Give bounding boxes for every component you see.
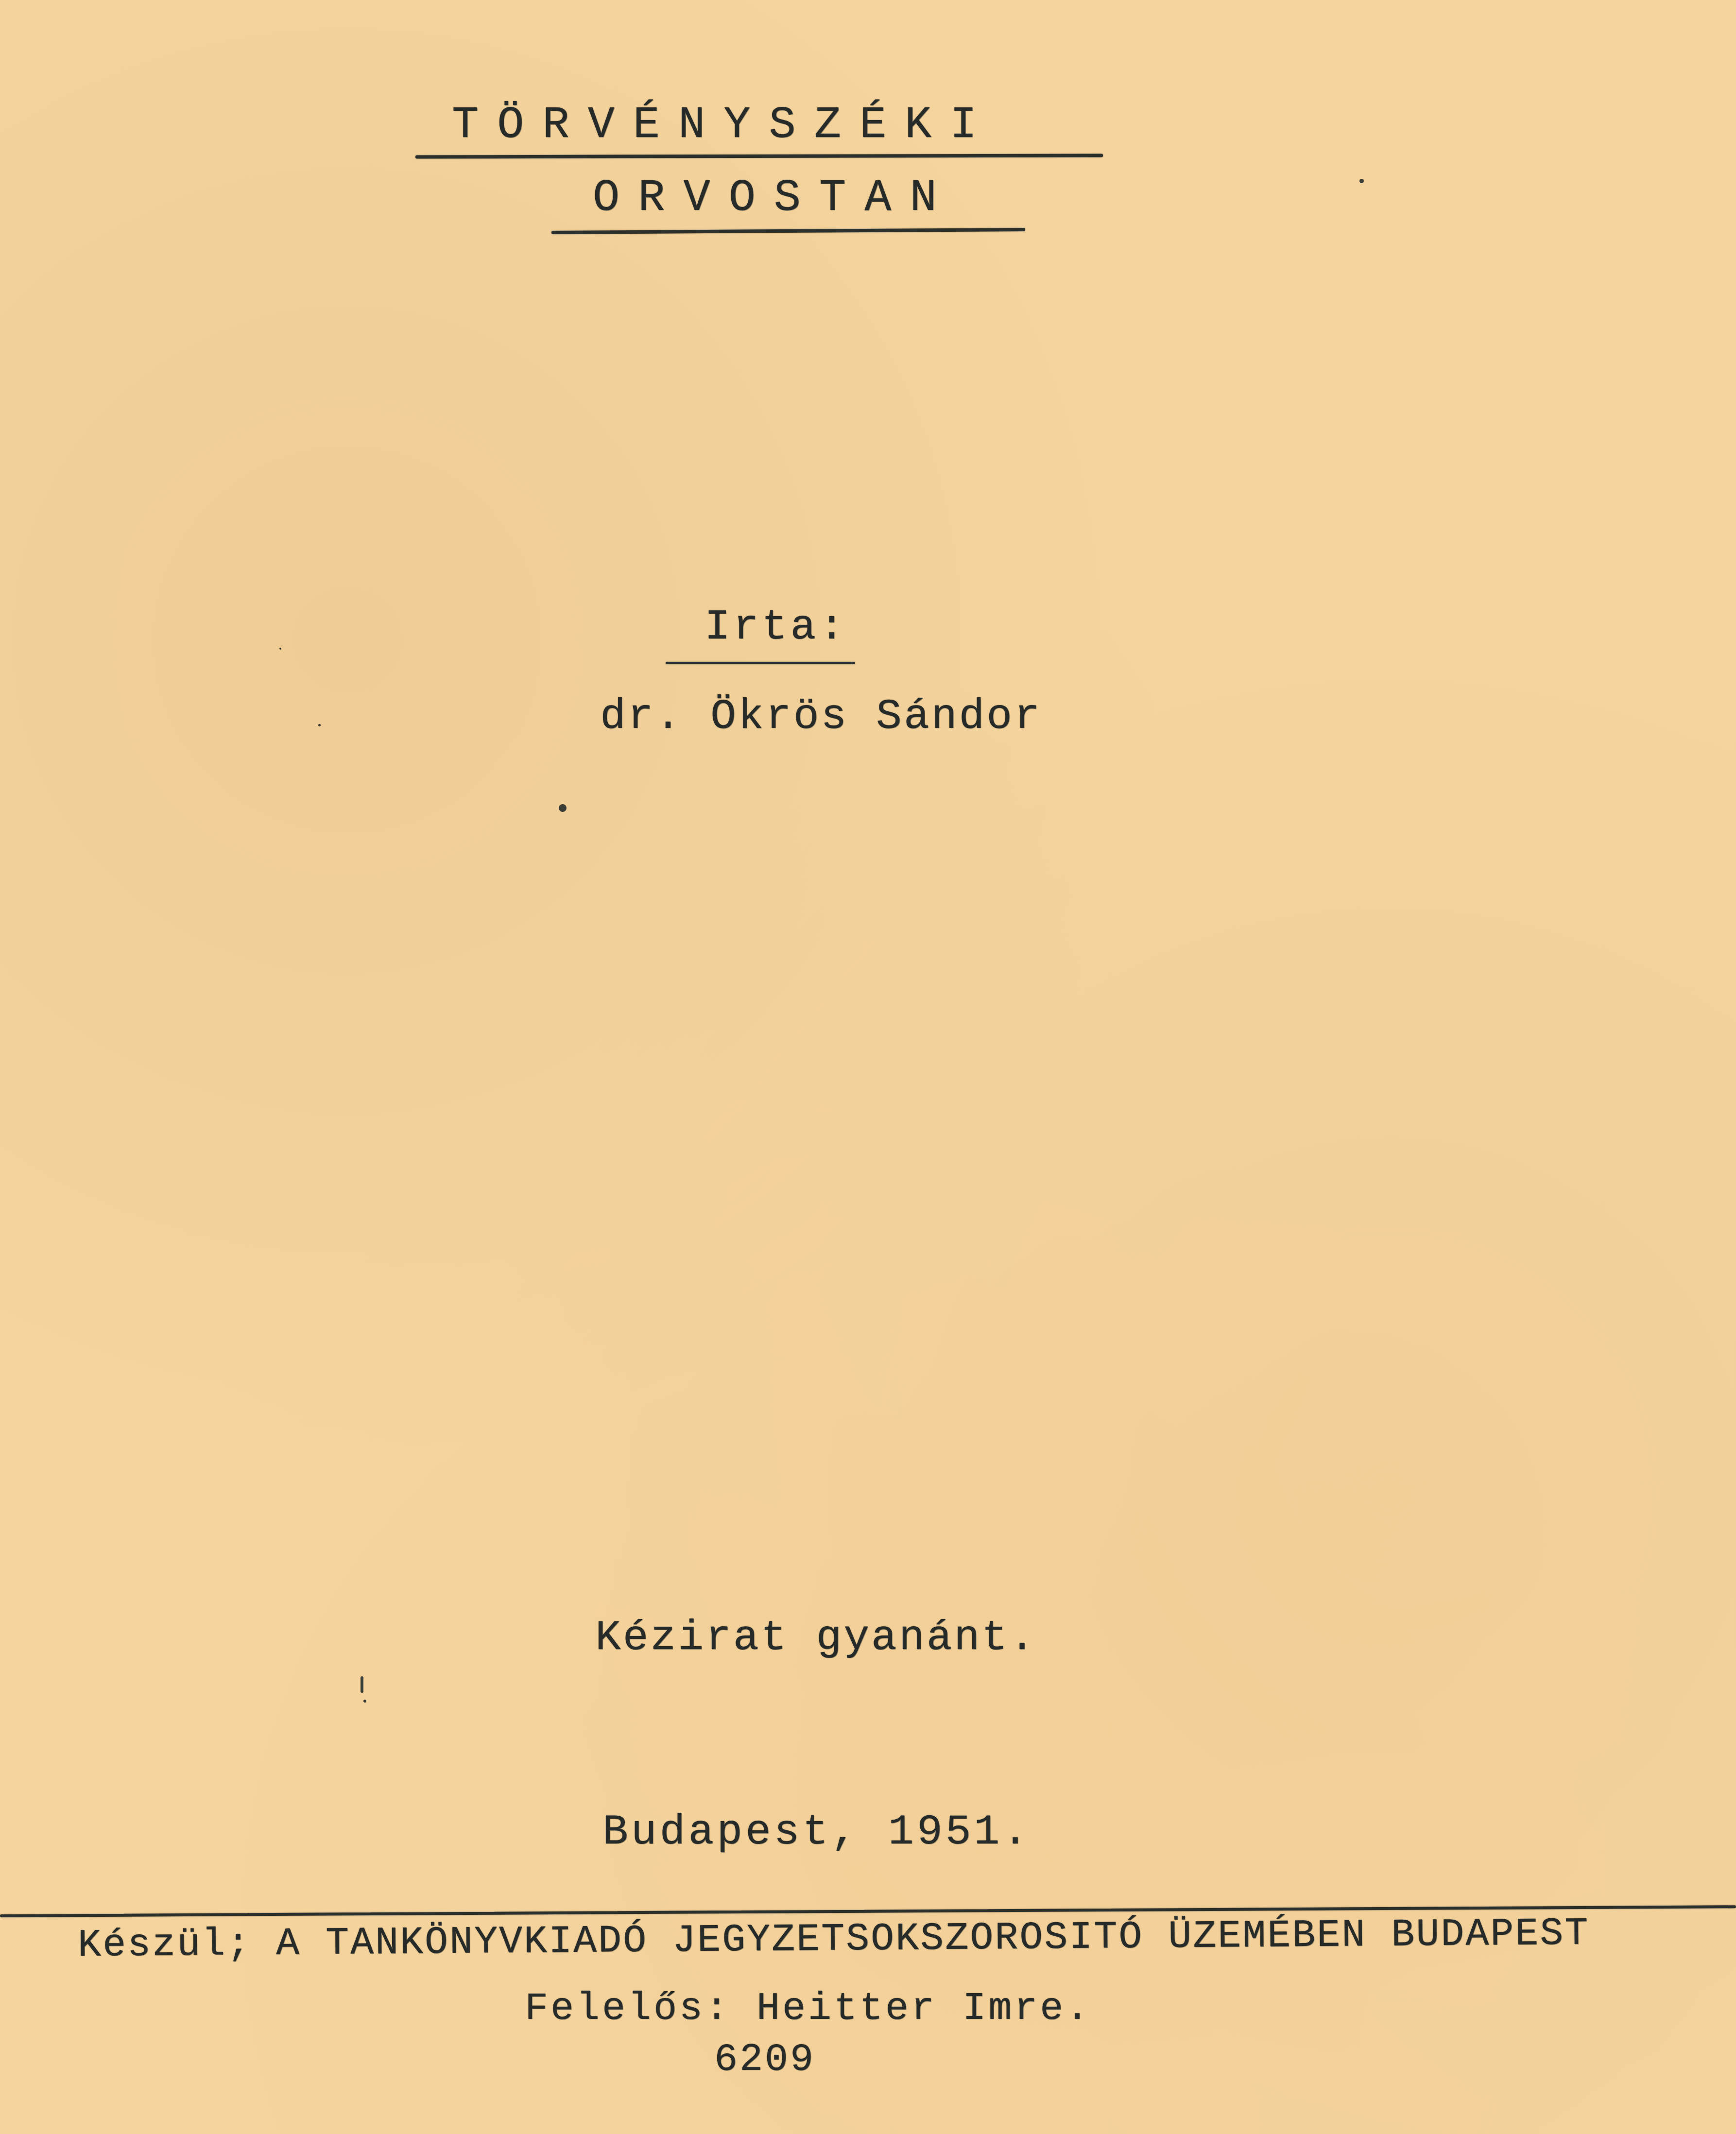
title-line-2: ORVOSTAN [593,176,955,221]
manuscript-notice: Kézirat gyanánt. [595,1617,1037,1660]
ink-speck [361,1676,363,1693]
place-date: Budapest, 1951. [602,1811,1031,1854]
ink-speck [279,648,281,650]
title-underline-1 [415,154,1103,159]
byline-label: Irta: [705,606,847,649]
author-name: dr. Ökrös Sándor [600,696,1042,739]
ink-speck [1359,179,1364,183]
title-page: TÖRVÉNYSZÉKI ORVOSTAN Irta: dr. Ökrös Sá… [0,0,1736,2134]
ink-speck [559,804,567,812]
footer-responsible-line: Felelős: Heitter Imre. [525,1990,1091,2029]
ink-speck [318,724,321,726]
footer-printer-line: Készül; A TANKÖNYVKIADÓ JEGYZETSOKSZOROS… [78,1915,1590,1965]
byline-underline [666,662,855,664]
ink-speck [363,1700,366,1703]
footer-code: 6209 [714,2041,815,2080]
title-line-1: TÖRVÉNYSZÉKI [452,103,996,148]
title-underline-2 [551,228,1025,234]
